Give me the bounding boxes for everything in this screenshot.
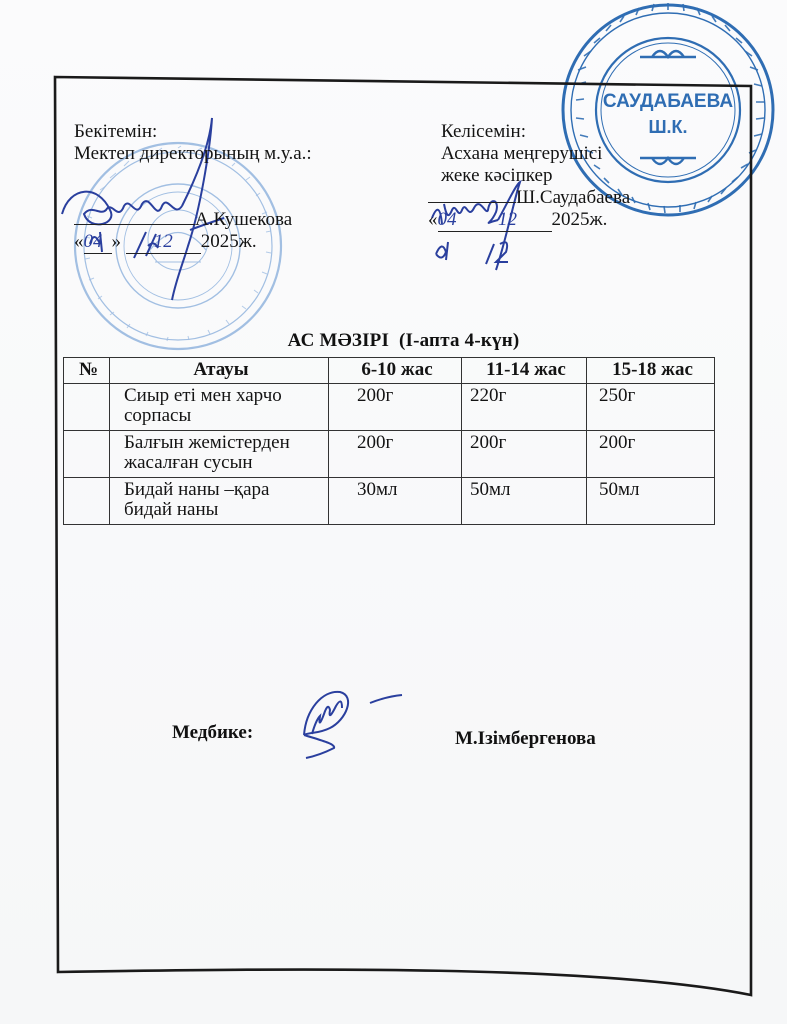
dish-name-line1: Сиыр еті мен харчо xyxy=(124,386,324,406)
approval-date-close: » xyxy=(112,231,122,252)
approval-signature-blank xyxy=(74,224,195,225)
approval-block: Бекітемін: Мектеп директорының м.у.а.: А… xyxy=(74,121,312,254)
row-number xyxy=(64,431,110,478)
approval-spacer xyxy=(74,165,312,209)
header-age-15-18: 15-18 жас xyxy=(587,358,715,384)
dish-name-line1: Балғын жемістерден xyxy=(124,433,324,453)
nurse-name: М.Ізімбергенова xyxy=(455,728,596,750)
header-age-11-14: 11-14 жас xyxy=(462,358,587,384)
portion-11-14: 50мл xyxy=(462,478,587,525)
agreement-block: Келісемін: Асхана меңгерушісі жеке кәсіп… xyxy=(441,121,630,232)
approval-heading: Бекітемін: xyxy=(74,121,312,143)
dish-name-line2: сорпасы xyxy=(124,406,324,426)
portion-11-14: 220г xyxy=(462,384,587,431)
approval-date-month: 12 xyxy=(126,231,201,254)
header-name: Атауы xyxy=(110,358,329,384)
approval-date-open: « xyxy=(74,231,84,252)
menu-table: № Атауы 6-10 жас 11-14 жас 15-18 жас Сиы… xyxy=(63,357,715,525)
dish-name-line2: бидай наны xyxy=(124,500,324,520)
row-number xyxy=(64,478,110,525)
approval-signatory: А.Кушекова xyxy=(195,209,292,230)
row-dish-name: Бидай наны –қара бидай наны xyxy=(110,478,329,525)
stamp-name-line1: САУДАБАЕВА xyxy=(603,91,733,112)
stamp-name-line2: Ш.К. xyxy=(648,117,687,137)
portion-15-18: 50мл xyxy=(587,478,715,525)
dish-name-line2: жасалған сусын xyxy=(124,453,324,473)
header-age-6-10: 6-10 жас xyxy=(329,358,462,384)
nurse-signature-icon xyxy=(304,692,402,758)
agreement-position-line1: Асхана меңгерушісі xyxy=(441,143,630,165)
approval-date-year: 2025ж. xyxy=(201,231,257,252)
agreement-signature-line: Ш.Саудабаева xyxy=(428,187,630,209)
portion-6-10: 200г xyxy=(329,431,462,478)
agreement-position-line2: жеке кәсіпкер xyxy=(441,165,630,187)
row-dish-name: Балғын жемістерден жасалған сусын xyxy=(110,431,329,478)
approval-signature-line: А.Кушекова xyxy=(74,209,312,231)
portion-11-14: 200г xyxy=(462,431,587,478)
row-dish-name: Сиыр еті мен харчо сорпасы xyxy=(110,384,329,431)
approval-date: «04» 122025ж. xyxy=(74,231,312,254)
table-row: Сиыр еті мен харчо сорпасы 200г 220г 250… xyxy=(64,384,715,431)
approval-position: Мектеп директорының м.у.а.: xyxy=(74,143,312,165)
agreement-date: «04122025ж. xyxy=(428,209,630,232)
portion-6-10: 30мл xyxy=(329,478,462,525)
approval-date-day: 04 xyxy=(84,231,112,254)
table-header-row: № Атауы 6-10 жас 11-14 жас 15-18 жас xyxy=(64,358,715,384)
agreement-date-year: 2025ж. xyxy=(552,209,608,230)
portion-6-10: 200г xyxy=(329,384,462,431)
agreement-date-month: 12 xyxy=(464,209,552,232)
agreement-heading: Келісемін: xyxy=(441,121,630,143)
portion-15-18: 200г xyxy=(587,431,715,478)
row-number xyxy=(64,384,110,431)
agreement-date-day: 04 xyxy=(438,209,464,232)
agreement-signature-blank xyxy=(428,202,516,203)
nurse-label: Медбике: xyxy=(172,722,253,744)
agreement-signatory: Ш.Саудабаева xyxy=(516,187,630,208)
header-number: № xyxy=(64,358,110,384)
table-row: Бидай наны –қара бидай наны 30мл 50мл 50… xyxy=(64,478,715,525)
menu-title: АС МӘЗІРІ (І-апта 4-күн) xyxy=(0,330,787,352)
table-row: Балғын жемістерден жасалған сусын 200г 2… xyxy=(64,431,715,478)
agreement-date-open: « xyxy=(428,209,438,230)
dish-name-line1: Бидай наны –қара xyxy=(124,480,324,500)
portion-15-18: 250г xyxy=(587,384,715,431)
